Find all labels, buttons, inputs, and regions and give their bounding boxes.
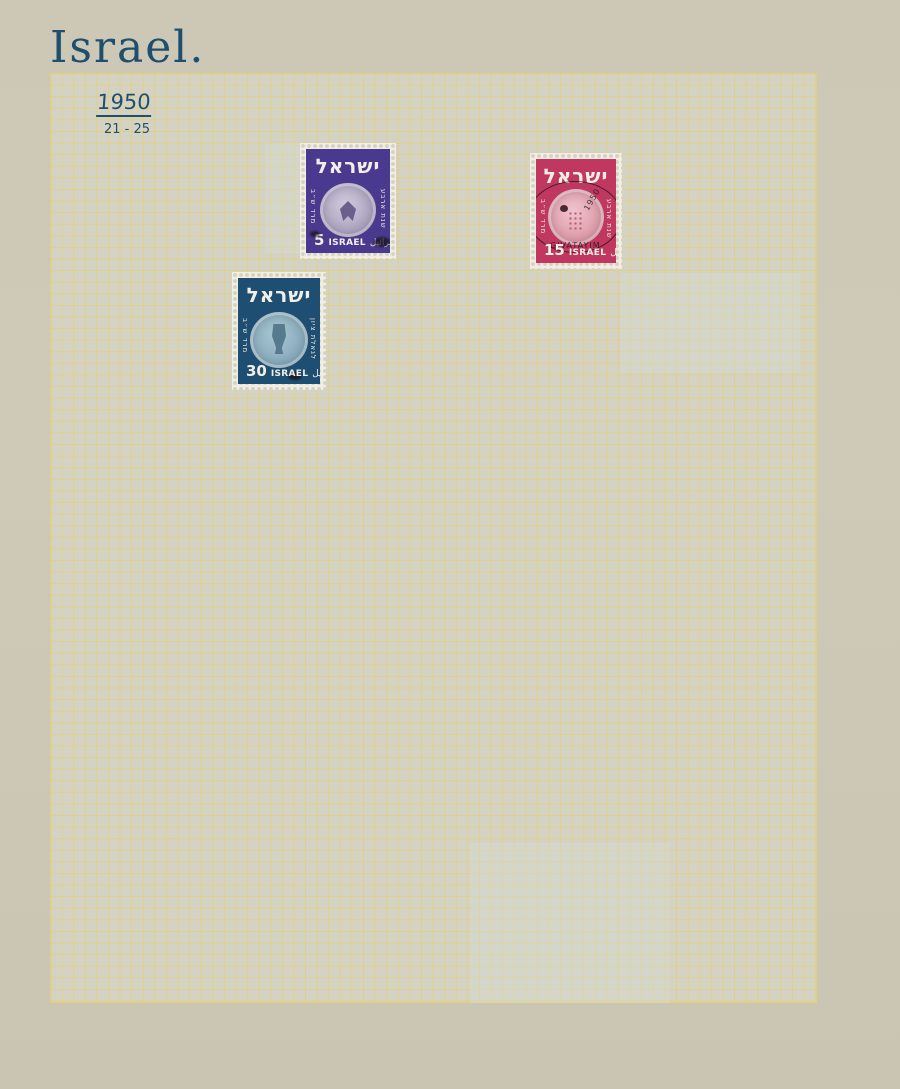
coin-vine-leaf-icon [320,183,376,237]
stamp-15: ישראל מרד ש״ב שנת ארבע GIVATAYIM 1950 15… [530,153,622,269]
coin-amphora-icon [250,312,308,368]
stamp-30: ישראל מרד ש״ב לגאלת ציון 30ISRAELإسرائيل [232,272,326,390]
album-page: Israel. 1950 21 - 25 ישראל מרד ש״ב שנת א… [0,0,900,1089]
stamp-face-value: 15ISRAELإسرائيل [544,241,616,259]
faint-offset-mark [620,273,800,373]
stamp-5: ישראל מרד ש״ב שנת ארבע 5ISRAELإسرائيل [300,143,396,259]
postmark-smudge [374,237,390,247]
stamp-side-text: לגאלת ציון [309,318,317,360]
stamp-header-hebrew: ישראל [238,283,320,307]
year-heading: 1950 [96,90,153,117]
postmark-smudge [310,231,320,237]
stamp-side-text: מרד ש״ב [241,318,249,353]
faint-offset-mark [470,843,670,1003]
stamp-15-design: ישראל מרד ש״ב שנת ארבע GIVATAYIM 1950 15… [536,159,616,263]
page-title: Israel. [50,22,205,73]
graph-paper-grid [50,73,817,1003]
stamp-30-design: ישראל מרד ש״ב לגאלת ציון 30ISRAELإسرائيل [238,278,320,384]
stamp-header-hebrew: ישראל [306,154,390,178]
catalog-range: 21 - 25 [104,122,150,137]
stamp-5-design: ישראל מרד ש״ב שנת ארבע 5ISRAELإسرائيل [306,149,390,253]
stamp-side-text: מרד ש״ב [309,189,317,224]
stamp-side-text: שנת ארבע [379,189,387,229]
stamp-face-value: 30ISRAELإسرائيل [246,362,320,380]
